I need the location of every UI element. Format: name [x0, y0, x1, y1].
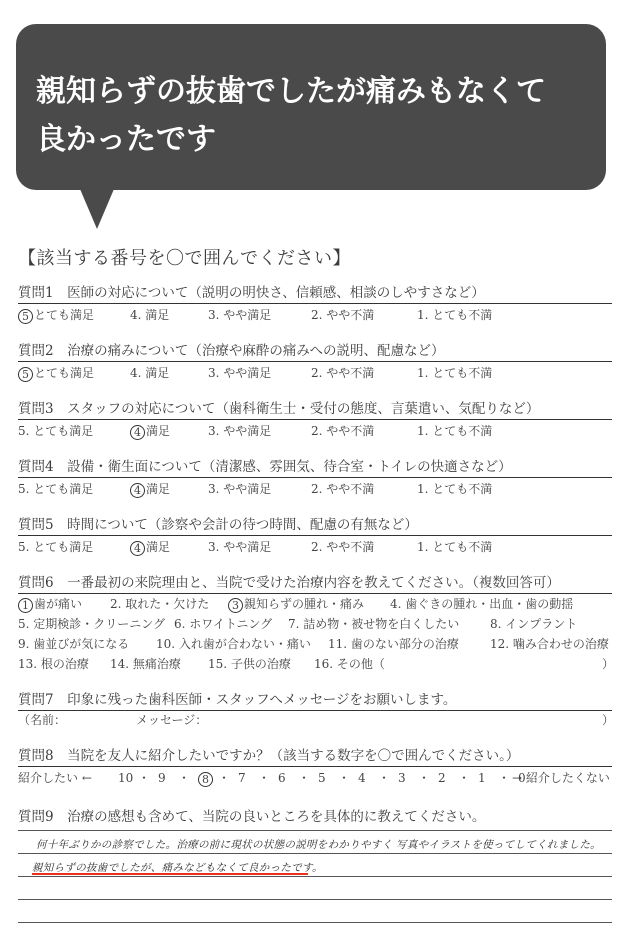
- q5-options: 5. とても満足4満足3. やや満足2. やや不満1. とても不満: [18, 538, 612, 556]
- q6-option-4[interactable]: 4. 歯ぐきの腫れ・出血・歯の動揺: [390, 594, 573, 614]
- option-label: とても不満: [432, 308, 492, 322]
- q8-scale-value-10[interactable]: 10: [118, 769, 133, 787]
- q5-title: 質問5 時間について（診察や会計の待つ時間、配慮の有無など）: [18, 516, 612, 536]
- option-number: 8.: [490, 617, 505, 631]
- option-label: 取れた・欠けた: [125, 597, 209, 611]
- q6-closing-paren: ）: [602, 654, 614, 674]
- option-number: 10.: [156, 637, 179, 651]
- rating-option-2[interactable]: 2. やや不満: [311, 364, 374, 382]
- headline-bubble: 親知らずの抜歯でしたが痛みもなくて 良かったです: [16, 24, 606, 190]
- rating-option-3[interactable]: 3. やや満足: [208, 422, 271, 440]
- q6-option-row: 1歯が痛い2. 取れた・欠けた3親知らずの腫れ・痛み4. 歯ぐきの腫れ・出血・歯…: [18, 594, 612, 614]
- q6-option-11[interactable]: 11. 歯のない部分の治療: [328, 634, 459, 654]
- option-label: 根の治療: [41, 657, 89, 671]
- q6-option-9[interactable]: 9. 歯並びが気になる: [18, 634, 129, 654]
- q8-scale-value-7[interactable]: 7: [238, 769, 246, 787]
- option-label: やや満足: [223, 424, 271, 438]
- q8-separator: ・: [218, 769, 230, 787]
- option-label: やや不満: [326, 424, 374, 438]
- q6-option-1[interactable]: 1歯が痛い: [18, 594, 82, 614]
- option-label: インプラント: [505, 617, 577, 631]
- q3-options: 5. とても満足4満足3. やや満足2. やや不満1. とても不満: [18, 422, 612, 440]
- option-label: 満足: [145, 308, 169, 322]
- selected-circle-mark: 4: [130, 541, 145, 556]
- rating-option-4[interactable]: 4満足: [130, 422, 170, 440]
- ruled-line: [18, 853, 612, 854]
- ruled-line: [18, 876, 612, 877]
- option-label: やや不満: [326, 366, 374, 380]
- q7-closing-paren: ）: [602, 711, 614, 729]
- rating-option-3[interactable]: 3. やや満足: [208, 480, 271, 498]
- option-label: 歯ぐきの腫れ・出血・歯の動揺: [405, 597, 573, 611]
- rating-option-1[interactable]: 1. とても不満: [417, 364, 492, 382]
- q2-options: 5とても満足4. 満足3. やや満足2. やや不満1. とても不満: [18, 364, 612, 382]
- option-number: 3.: [208, 540, 223, 554]
- option-number: 4.: [130, 308, 145, 322]
- q8-left-label: 紹介したい ←: [18, 769, 92, 787]
- option-number: 11.: [328, 637, 351, 651]
- option-label: とても満足: [33, 540, 93, 554]
- q8-title: 質問8 当院を友人に紹介したいですか？（該当する数字を〇で囲んでください。）: [18, 747, 612, 767]
- q6-option-8[interactable]: 8. インプラント: [490, 614, 577, 634]
- option-label: やや不満: [326, 482, 374, 496]
- q7-name-label: （名前：: [18, 711, 66, 729]
- option-label: とても不満: [432, 482, 492, 496]
- rating-option-4[interactable]: 4. 満足: [130, 364, 169, 382]
- option-label: やや満足: [223, 540, 271, 554]
- option-number: 5.: [18, 482, 33, 496]
- q6-option-row: 5. 定期検診・クリーニング6. ホワイトニング7. 詰め物・被せ物を白くしたい…: [18, 614, 612, 634]
- q6-option-10[interactable]: 10. 入れ歯が合わない・痛い: [156, 634, 311, 654]
- option-number: 1.: [417, 482, 432, 496]
- q6-option-7[interactable]: 7. 詰め物・被せ物を白くしたい: [288, 614, 459, 634]
- q8-scale-value-1[interactable]: 1: [478, 769, 486, 787]
- q7-response-row: （名前： メッセージ： ）: [18, 711, 612, 729]
- option-label: 満足: [146, 482, 170, 496]
- q8-separator: ・: [418, 769, 430, 787]
- q8-scale-value-8[interactable]: 8: [198, 769, 214, 787]
- q6-option-13[interactable]: 13. 根の治療: [18, 654, 89, 674]
- rating-option-2[interactable]: 2. やや不満: [311, 480, 374, 498]
- q6-title: 質問6 一番最初の来院理由と、当院で受けた治療内容を教えてください。（複数回答可…: [18, 574, 612, 594]
- selected-circle-mark: 8: [198, 772, 213, 787]
- option-number: 12.: [490, 637, 513, 651]
- option-label: やや不満: [326, 540, 374, 554]
- option-number: 5.: [18, 424, 33, 438]
- instruction-heading: 【該当する番号を〇で囲んでください】: [18, 244, 351, 270]
- option-label: とても満足: [33, 424, 93, 438]
- option-label: 無痛治療: [133, 657, 181, 671]
- rating-option-1[interactable]: 1. とても不満: [417, 480, 492, 498]
- ruled-line: [18, 899, 612, 900]
- rating-option-5[interactable]: 5. とても満足: [18, 480, 93, 498]
- rating-option-5[interactable]: 5. とても満足: [18, 422, 93, 440]
- option-number: 3.: [208, 366, 223, 380]
- q6-option-row: 13. 根の治療14. 無痛治療15. 子供の治療16. その他（）: [18, 654, 612, 674]
- option-number: 9.: [18, 637, 33, 651]
- option-number: 2.: [311, 540, 326, 554]
- q2-title: 質問2 治療の痛みについて（治療や麻酔の痛みへの説明、配慮など）: [18, 342, 612, 362]
- q6-option-12[interactable]: 12. 噛み合わせの治療: [490, 634, 609, 654]
- option-number: 1.: [417, 540, 432, 554]
- option-label: 定期検診・クリーニング: [33, 617, 165, 631]
- rating-option-3[interactable]: 3. やや満足: [208, 306, 271, 324]
- q6-option-14[interactable]: 14. 無痛治療: [110, 654, 181, 674]
- option-number: 4.: [390, 597, 405, 611]
- option-label: その他（: [337, 657, 385, 671]
- option-number: 2.: [311, 482, 326, 496]
- option-label: 噛み合わせの治療: [513, 637, 609, 651]
- selected-circle-mark: 5: [18, 309, 33, 324]
- option-number: 14.: [110, 657, 133, 671]
- q4-title: 質問4 設備・衛生面について（清潔感、雰囲気、待合室・トイレの快適さなど）: [18, 458, 612, 478]
- q7-message-label: メッセージ：: [136, 711, 207, 729]
- option-label: 歯並びが気になる: [33, 637, 129, 651]
- q8-scale-value-2[interactable]: 2: [438, 769, 446, 787]
- rating-option-3[interactable]: 3. やや満足: [208, 538, 271, 556]
- q6-option-15[interactable]: 15. 子供の治療: [208, 654, 291, 674]
- option-label: やや満足: [223, 308, 271, 322]
- option-label: やや満足: [223, 366, 271, 380]
- ruled-line: [18, 922, 612, 923]
- option-number: 15.: [208, 657, 231, 671]
- option-label: とても不満: [432, 366, 492, 380]
- option-number: 2.: [311, 366, 326, 380]
- rating-option-4[interactable]: 4満足: [130, 480, 170, 498]
- option-label: 親知らずの腫れ・痛み: [244, 597, 364, 611]
- option-label: ホワイトニング: [189, 617, 272, 631]
- rating-option-2[interactable]: 2. やや不満: [311, 306, 374, 324]
- option-label: 満足: [146, 540, 170, 554]
- option-number: 7.: [288, 617, 303, 631]
- option-label: 歯が痛い: [34, 597, 82, 611]
- option-label: とても満足: [34, 308, 94, 322]
- q1-options: 5とても満足4. 満足3. やや満足2. やや不満1. とても不満: [18, 306, 612, 324]
- q8-scale-row: 紹介したい ←10・9・8・7・6・5・4・3・2・1・0→ 紹介したくない: [18, 769, 612, 787]
- option-number: 2.: [311, 308, 326, 322]
- option-label: 入れ歯が合わない・痛い: [179, 637, 311, 651]
- q6-option-row: 9. 歯並びが気になる10. 入れ歯が合わない・痛い11. 歯のない部分の治療1…: [18, 634, 612, 654]
- q8-scale-value-4[interactable]: 4: [358, 769, 366, 787]
- option-label: とても満足: [33, 482, 93, 496]
- q6-option-3[interactable]: 3親知らずの腫れ・痛み: [228, 594, 364, 614]
- option-number: 13.: [18, 657, 41, 671]
- rating-option-3[interactable]: 3. やや満足: [208, 364, 271, 382]
- option-number: 4.: [130, 366, 145, 380]
- option-label: 詰め物・被せ物を白くしたい: [303, 617, 459, 631]
- q7-title: 質問7 印象に残った歯科医師・スタッフへメッセージをお願いします。: [18, 691, 612, 711]
- rating-option-5[interactable]: 5とても満足: [18, 306, 94, 324]
- q4-options: 5. とても満足4満足3. やや満足2. やや不満1. とても不満: [18, 480, 612, 498]
- q8-separator: ・: [138, 769, 150, 787]
- q8-separator: ・: [178, 769, 190, 787]
- rating-option-2[interactable]: 2. やや不満: [311, 538, 374, 556]
- option-number: 1.: [417, 308, 432, 322]
- option-number: 3.: [208, 308, 223, 322]
- rating-option-5[interactable]: 5とても満足: [18, 364, 94, 382]
- rating-option-1[interactable]: 1. とても不満: [417, 422, 492, 440]
- option-number: 1.: [417, 366, 432, 380]
- option-number: 5.: [18, 617, 33, 631]
- q6-option-16[interactable]: 16. その他（: [314, 654, 385, 674]
- q8-scale-value-5[interactable]: 5: [318, 769, 326, 787]
- option-label: やや不満: [326, 308, 374, 322]
- option-number: 2.: [110, 597, 125, 611]
- q8-separator: ・: [378, 769, 390, 787]
- q8-right-label: → 紹介したくない: [512, 769, 610, 787]
- q8-separator: ・: [258, 769, 270, 787]
- q8-scale-value-9[interactable]: 9: [158, 769, 166, 787]
- q8-separator: ・: [498, 769, 510, 787]
- rating-option-5[interactable]: 5. とても満足: [18, 538, 93, 556]
- option-number: 16.: [314, 657, 337, 671]
- option-number: 1.: [417, 424, 432, 438]
- q8-separator: ・: [338, 769, 350, 787]
- option-number: 3.: [208, 482, 223, 496]
- option-label: 歯のない部分の治療: [351, 637, 459, 651]
- rating-option-2[interactable]: 2. やや不満: [311, 422, 374, 440]
- q6-option-5[interactable]: 5. 定期検診・クリーニング: [18, 614, 165, 634]
- selected-circle-mark: 3: [228, 598, 243, 613]
- selected-circle-mark: 5: [18, 367, 33, 382]
- option-label: やや満足: [223, 482, 271, 496]
- headline-text: 親知らずの抜歯でしたが痛みもなくて 良かったです: [36, 68, 596, 164]
- bubble-tail: [80, 189, 114, 229]
- rating-option-1[interactable]: 1. とても不満: [417, 306, 492, 324]
- option-number: 3.: [208, 424, 223, 438]
- q6-option-6[interactable]: 6. ホワイトニング: [174, 614, 272, 634]
- option-label: とても不満: [432, 540, 492, 554]
- option-label: 子供の治療: [231, 657, 291, 671]
- q9-title: 質問9 治療の感想も含めて、当院の良いところを具体的に教えてください。: [18, 808, 612, 827]
- option-label: 満足: [145, 366, 169, 380]
- q8-separator: ・: [298, 769, 310, 787]
- q9-answer-line-1: 何十年ぶりかの診察でした。治療の前に現状の状態の説明をわかりやすく 写真やイラス…: [36, 837, 601, 852]
- rating-option-4[interactable]: 4. 満足: [130, 306, 169, 324]
- q8-scale-value-3[interactable]: 3: [398, 769, 406, 787]
- q3-title: 質問3 スタッフの対応について（歯科衛生士・受付の態度、言葉遣い、気配りなど）: [18, 400, 612, 420]
- q1-title: 質問1 医師の対応について（説明の明快さ、信頼感、相談のしやすさなど）: [18, 284, 612, 304]
- selected-circle-mark: 4: [130, 425, 145, 440]
- headline-line-2: 良かったです: [36, 116, 596, 164]
- option-label: 満足: [146, 424, 170, 438]
- option-number: 5.: [18, 540, 33, 554]
- option-number: 2.: [311, 424, 326, 438]
- highlight-underline: [32, 873, 308, 875]
- option-number: 6.: [174, 617, 189, 631]
- option-label: とても満足: [34, 366, 94, 380]
- ruled-line: [18, 830, 612, 831]
- rating-option-4[interactable]: 4満足: [130, 538, 170, 556]
- headline-line-1: 親知らずの抜歯でしたが痛みもなくて: [36, 68, 596, 116]
- rating-option-1[interactable]: 1. とても不満: [417, 538, 492, 556]
- option-label: とても不満: [432, 424, 492, 438]
- q8-separator: ・: [458, 769, 470, 787]
- selected-circle-mark: 4: [130, 483, 145, 498]
- q6-option-2[interactable]: 2. 取れた・欠けた: [110, 594, 209, 614]
- q8-scale-value-6[interactable]: 6: [278, 769, 286, 787]
- selected-circle-mark: 1: [18, 598, 33, 613]
